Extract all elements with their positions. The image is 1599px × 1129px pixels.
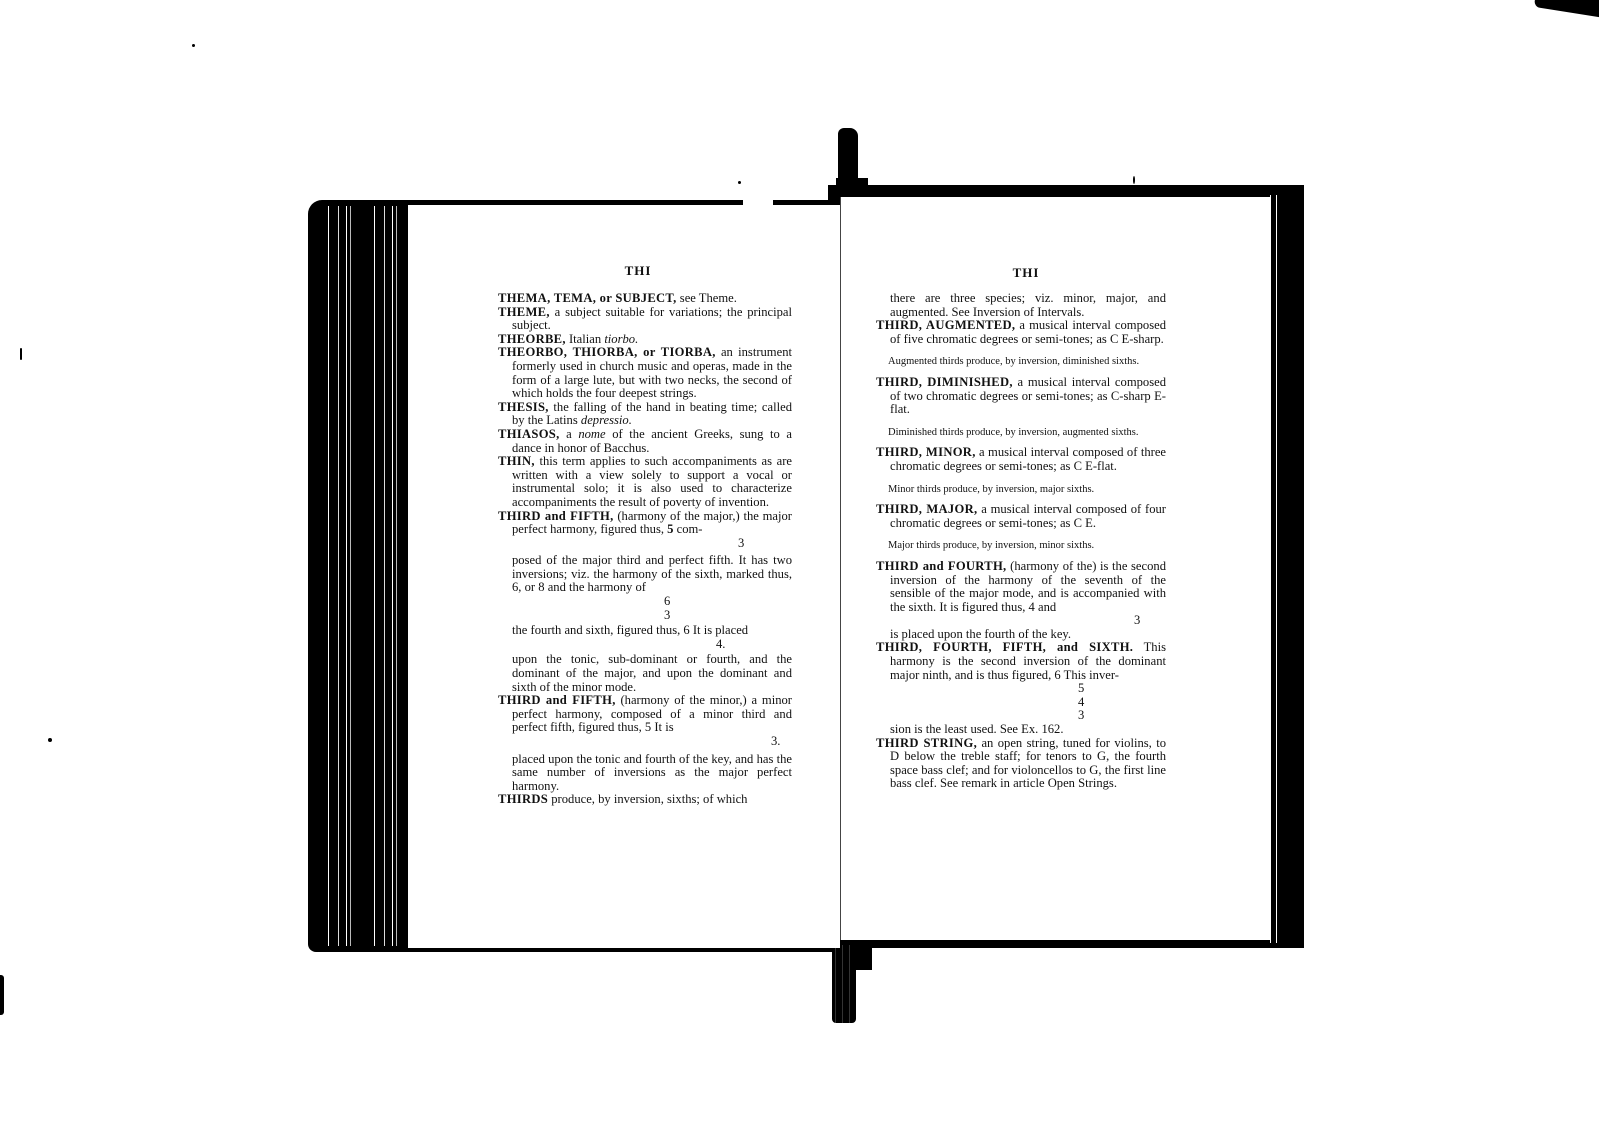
dictionary-entry: THIRD, MINOR, a musical interval compose… xyxy=(876,446,1166,473)
entry-note: Diminished thirds produce, by inversion,… xyxy=(888,426,1166,440)
right-page: THI there are three species; viz. minor,… xyxy=(840,197,1271,940)
dictionary-entry-third-string: THIRD STRING, an open string, tuned for … xyxy=(876,737,1166,791)
dictionary-entry: THIASOS, a nome of the ancient Greeks, s… xyxy=(498,428,792,455)
dictionary-entry-thirds: THIRDS produce, by inversion, sixths; of… xyxy=(498,793,792,807)
running-head: THI xyxy=(1006,265,1046,281)
dictionary-entry: THEME, a subject suitable for variations… xyxy=(498,306,792,333)
left-column: THEMA, TEMA, or SUBJECT, see Theme. THEM… xyxy=(498,292,792,807)
dictionary-entry: THIRD, MAJOR, a musical interval compose… xyxy=(876,503,1166,530)
figured-bass: 4 xyxy=(876,696,1166,710)
scan-speck xyxy=(48,738,52,742)
dictionary-entry: THEMA, TEMA, or SUBJECT, see Theme. xyxy=(498,292,792,306)
entry-note: Augmented thirds produce, by inversion, … xyxy=(888,355,1166,369)
dictionary-entry-third-fifth-major: THIRD and FIFTH, (harmony of the major,)… xyxy=(498,510,792,695)
book-spine-bottom xyxy=(832,945,856,1023)
scan-artifact-corner xyxy=(1534,0,1599,21)
dictionary-entry-third-fifth-minor: THIRD and FIFTH, (harmony of the minor,)… xyxy=(498,694,792,793)
figured-bass: 5 xyxy=(876,682,1166,696)
dictionary-entry: THIRD, AUGMENTED, a musical interval com… xyxy=(876,319,1166,346)
dictionary-entry: THEORBE, Italian tiorbo. xyxy=(498,333,792,347)
dictionary-entry: THIN, this term applies to such accompan… xyxy=(498,455,792,509)
dictionary-entry: THIRD, DIMINISHED, a musical interval co… xyxy=(876,376,1166,417)
scan-speck xyxy=(738,181,741,184)
scan-speck xyxy=(20,348,22,360)
page-edges-right xyxy=(1270,195,1300,943)
figured-bass: 3 xyxy=(498,537,792,551)
entry-note: Major thirds produce, by inversion, mino… xyxy=(888,539,1166,553)
running-head: THI xyxy=(618,263,658,279)
scan-speck xyxy=(192,44,195,47)
page-edges-left xyxy=(314,206,408,946)
dictionary-entry: THESIS, the falling of the hand in beati… xyxy=(498,401,792,428)
dictionary-entry-third-fourth: THIRD and FOURTH, (harmony of the) is th… xyxy=(876,560,1166,642)
figured-bass: 3. xyxy=(498,735,792,749)
left-page: THI THEMA, TEMA, or SUBJECT, see Theme. … xyxy=(408,205,840,948)
figured-bass: 3 xyxy=(876,709,1166,723)
dictionary-entry-third-fourth-fifth-sixth: THIRD, FOURTH, FIFTH, and SIXTH. This ha… xyxy=(876,641,1166,736)
figured-bass: 4. xyxy=(498,638,792,652)
scan-artifact-edge xyxy=(0,975,4,1015)
figured-bass: 3 xyxy=(498,609,792,623)
right-column: there are three species; viz. minor, maj… xyxy=(876,292,1166,791)
dictionary-entry: THEORBO, THIORBA, or TIORBA, an instrume… xyxy=(498,346,792,400)
scan-speck xyxy=(1133,176,1135,184)
figured-bass: 3 xyxy=(876,614,1166,628)
continuation-text: there are three species; viz. minor, maj… xyxy=(876,292,1166,319)
figured-bass: 6 xyxy=(498,595,792,609)
entry-note: Minor thirds produce, by inversion, majo… xyxy=(888,483,1166,497)
